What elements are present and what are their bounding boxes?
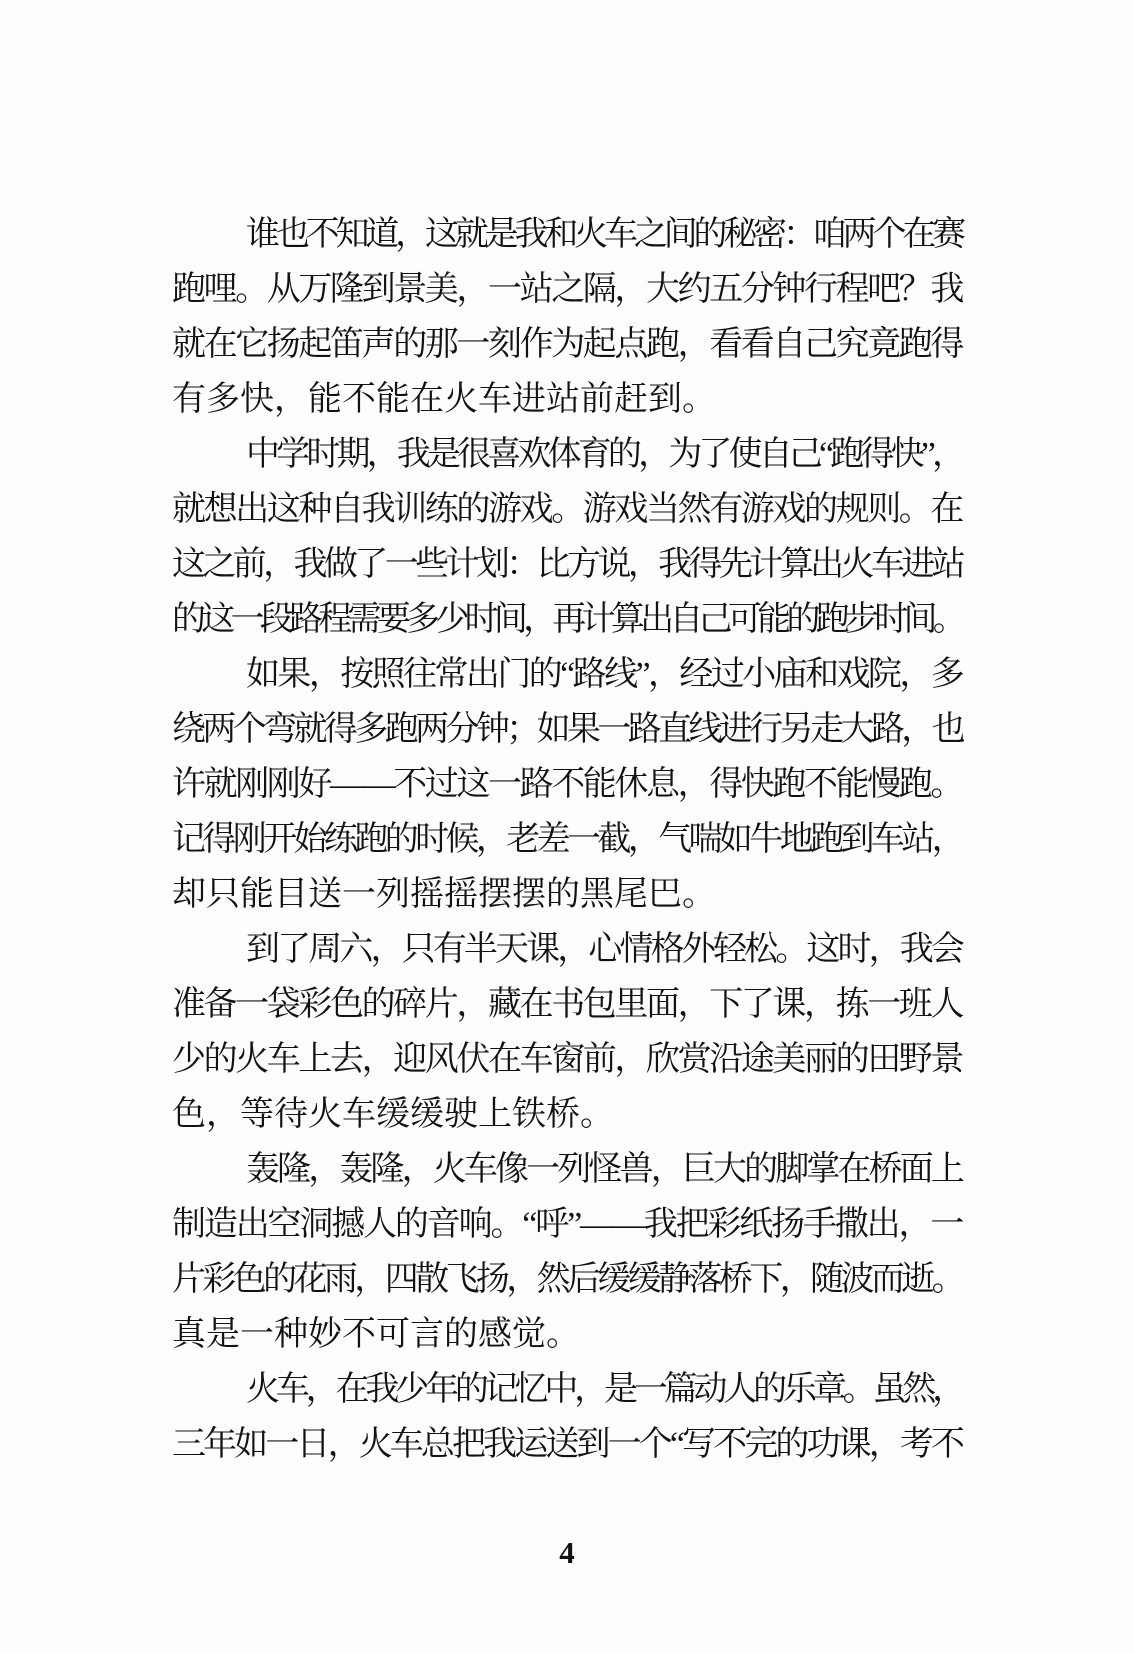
text-line: 有多快，能不能在火车进站前赶到。	[172, 372, 962, 427]
text-line: 中学时期，我是很喜欢体育的，为了使自己“跑得快”，	[172, 427, 962, 482]
text-line: 火车，在我少年的记忆中，是一篇动人的乐章。虽然，	[172, 1362, 962, 1417]
text-line: 的这一段路程需要多少时间，再计算出自己可能的跑步时间。	[172, 592, 962, 647]
text-line: 记得刚开始练跑的时候，老差一截，气喘如牛地跑到车站，	[172, 812, 962, 867]
text-line: 就在它扬起笛声的那一刻作为起点跑，看看自己究竟跑得	[172, 317, 962, 372]
text-line: 这之前，我做了一些计划：比方说，我得先计算出火车进站	[172, 537, 962, 592]
text-line: 谁也不知道，这就是我和火车之间的秘密：咱两个在赛	[172, 207, 962, 262]
text-line: 跑哩。从万隆到景美，一站之隔，大约五分钟行程吧？我	[172, 262, 962, 317]
text-line: 到了周六，只有半天课，心情格外轻松。这时，我会	[172, 922, 962, 977]
text-line: 绕两个弯就得多跑两分钟；如果一路直线进行另走大路，也	[172, 702, 962, 757]
text-line: 片彩色的花雨，四散飞扬，然后缓缓静落桥下，随波而逝。	[172, 1252, 962, 1307]
text-line: 许就刚刚好——不过这一路不能休息，得快跑不能慢跑。	[172, 757, 962, 812]
text-line: 就想出这种自我训练的游戏。游戏当然有游戏的规则。在	[172, 482, 962, 537]
text-line: 如果，按照往常出门的“路线”，经过小庙和戏院，多	[172, 647, 962, 702]
text-line: 少的火车上去，迎风伏在车窗前，欣赏沿途美丽的田野景	[172, 1032, 962, 1087]
document-page: 谁也不知道，这就是我和火车之间的秘密：咱两个在赛跑哩。从万隆到景美，一站之隔，大…	[0, 0, 1134, 1653]
text-line: 真是一种妙不可言的感觉。	[172, 1307, 962, 1362]
page-number: 4	[0, 1528, 1134, 1578]
text-line: 却只能目送一列摇摇摆摆的黑尾巴。	[172, 867, 962, 922]
text-line: 色，等待火车缓缓驶上铁桥。	[172, 1087, 962, 1142]
text-block: 谁也不知道，这就是我和火车之间的秘密：咱两个在赛跑哩。从万隆到景美，一站之隔，大…	[172, 207, 962, 1472]
text-line: 制造出空洞撼人的音响。“呼”——我把彩纸扬手撒出，一	[172, 1197, 962, 1252]
text-line: 准备一袋彩色的碎片，藏在书包里面，下了课，拣一班人	[172, 977, 962, 1032]
text-line: 轰隆，轰隆，火车像一列怪兽，巨大的脚掌在桥面上	[172, 1142, 962, 1197]
text-line: 三年如一日，火车总把我运送到一个“写不完的功课，考不	[172, 1417, 962, 1472]
